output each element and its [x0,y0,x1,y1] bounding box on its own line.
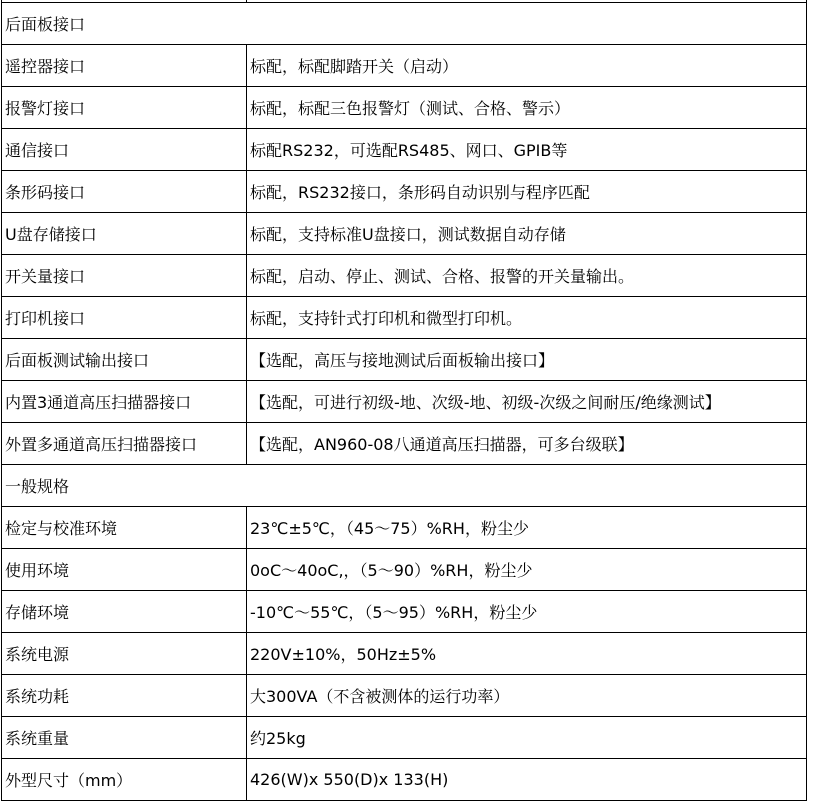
row-label: 系统电源 [2,633,247,674]
row-value: 大300VA（不含被测体的运行功率） [247,675,807,716]
row-value: -10℃～55℃，（5～95）%RH，粉尘少 [247,591,807,632]
row-value: 标配，标配三色报警灯（测试、合格、警示） [247,87,807,128]
table-row: 系统功耗 大300VA（不含被测体的运行功率） [2,675,807,717]
row-label: 遥控器接口 [2,45,247,86]
section-row-general-specs: 一般规格 [2,465,807,507]
table-row: 内置3通道高压扫描器接口 【选配，可进行初级-地、次级-地、初级-次级之间耐压/… [2,381,807,423]
spec-table: 后面板接口 遥控器接口 标配，标配脚踏开关（启动） 报警灯接口 标配，标配三色报… [1,0,807,799]
section-title: 后面板接口 [2,3,807,44]
row-label: 通信接口 [2,129,247,170]
table-row: 存储环境 -10℃～55℃，（5～95）%RH，粉尘少 [2,591,807,633]
row-value: 23℃±5℃，（45～75）%RH，粉尘少 [247,507,807,548]
row-label: 检定与校准环境 [2,507,247,548]
row-value: 0oC～40oC,，（5～90）%RH，粉尘少 [247,549,807,590]
row-label: 外置多通道高压扫描器接口 [2,423,247,464]
table-row: U盘存储接口 标配，支持标准U盘接口，测试数据自动存储 [2,213,807,255]
row-value: 标配，标配脚踏开关（启动） [247,45,807,86]
table-row: 条形码接口 标配，RS232接口，条形码自动识别与程序匹配 [2,171,807,213]
row-value: 【选配，高压与接地测试后面板输出接口】 [247,339,807,380]
row-value: 标配RS232，可选配RS485、网口、GPIB等 [247,129,807,170]
row-value: 【选配，可进行初级-地、次级-地、初级-次级之间耐压/绝缘测试】 [247,381,807,422]
row-label: 后面板测试输出接口 [2,339,247,380]
row-label: 开关量接口 [2,255,247,296]
row-value: 标配，启动、停止、测试、合格、报警的开关量输出。 [247,255,807,296]
table-row: 系统电源 220V±10%，50Hz±5% [2,633,807,675]
row-label: 存储环境 [2,591,247,632]
table-row: 外置多通道高压扫描器接口 【选配，AN960-08八通道高压扫描器，可多台级联】 [2,423,807,465]
row-value: 220V±10%，50Hz±5% [247,633,807,674]
row-label: 打印机接口 [2,297,247,338]
row-label: 内置3通道高压扫描器接口 [2,381,247,422]
row-value: 标配，支持针式打印机和微型打印机。 [247,297,807,338]
row-label: 报警灯接口 [2,87,247,128]
table-row: 打印机接口 标配，支持针式打印机和微型打印机。 [2,297,807,339]
row-value: 426(W)x 550(D)x 133(H) [247,759,807,799]
table-row: 外型尺寸（mm） 426(W)x 550(D)x 133(H) [2,759,807,799]
row-label: 使用环境 [2,549,247,590]
table-row: 后面板测试输出接口 【选配，高压与接地测试后面板输出接口】 [2,339,807,381]
row-label: 条形码接口 [2,171,247,212]
table-row: 系统重量 约25kg [2,717,807,759]
row-value: 约25kg [247,717,807,758]
row-value: 【选配，AN960-08八通道高压扫描器，可多台级联】 [247,423,807,464]
section-title: 一般规格 [2,465,807,506]
table-row: 使用环境 0oC～40oC,，（5～90）%RH，粉尘少 [2,549,807,591]
table-row: 报警灯接口 标配，标配三色报警灯（测试、合格、警示） [2,87,807,129]
row-value: 标配，RS232接口，条形码自动识别与程序匹配 [247,171,807,212]
table-row: 检定与校准环境 23℃±5℃，（45～75）%RH，粉尘少 [2,507,807,549]
row-label: 系统重量 [2,717,247,758]
row-label: 系统功耗 [2,675,247,716]
table-row: 遥控器接口 标配，标配脚踏开关（启动） [2,45,807,87]
partial-value-cell [247,0,807,2]
table-row: 通信接口 标配RS232，可选配RS485、网口、GPIB等 [2,129,807,171]
row-label: U盘存储接口 [2,213,247,254]
section-row-rear-panel: 后面板接口 [2,3,807,45]
table-row: 开关量接口 标配，启动、停止、测试、合格、报警的开关量输出。 [2,255,807,297]
row-value: 标配，支持标准U盘接口，测试数据自动存储 [247,213,807,254]
partial-label-cell [2,0,247,2]
row-label: 外型尺寸（mm） [2,759,247,799]
